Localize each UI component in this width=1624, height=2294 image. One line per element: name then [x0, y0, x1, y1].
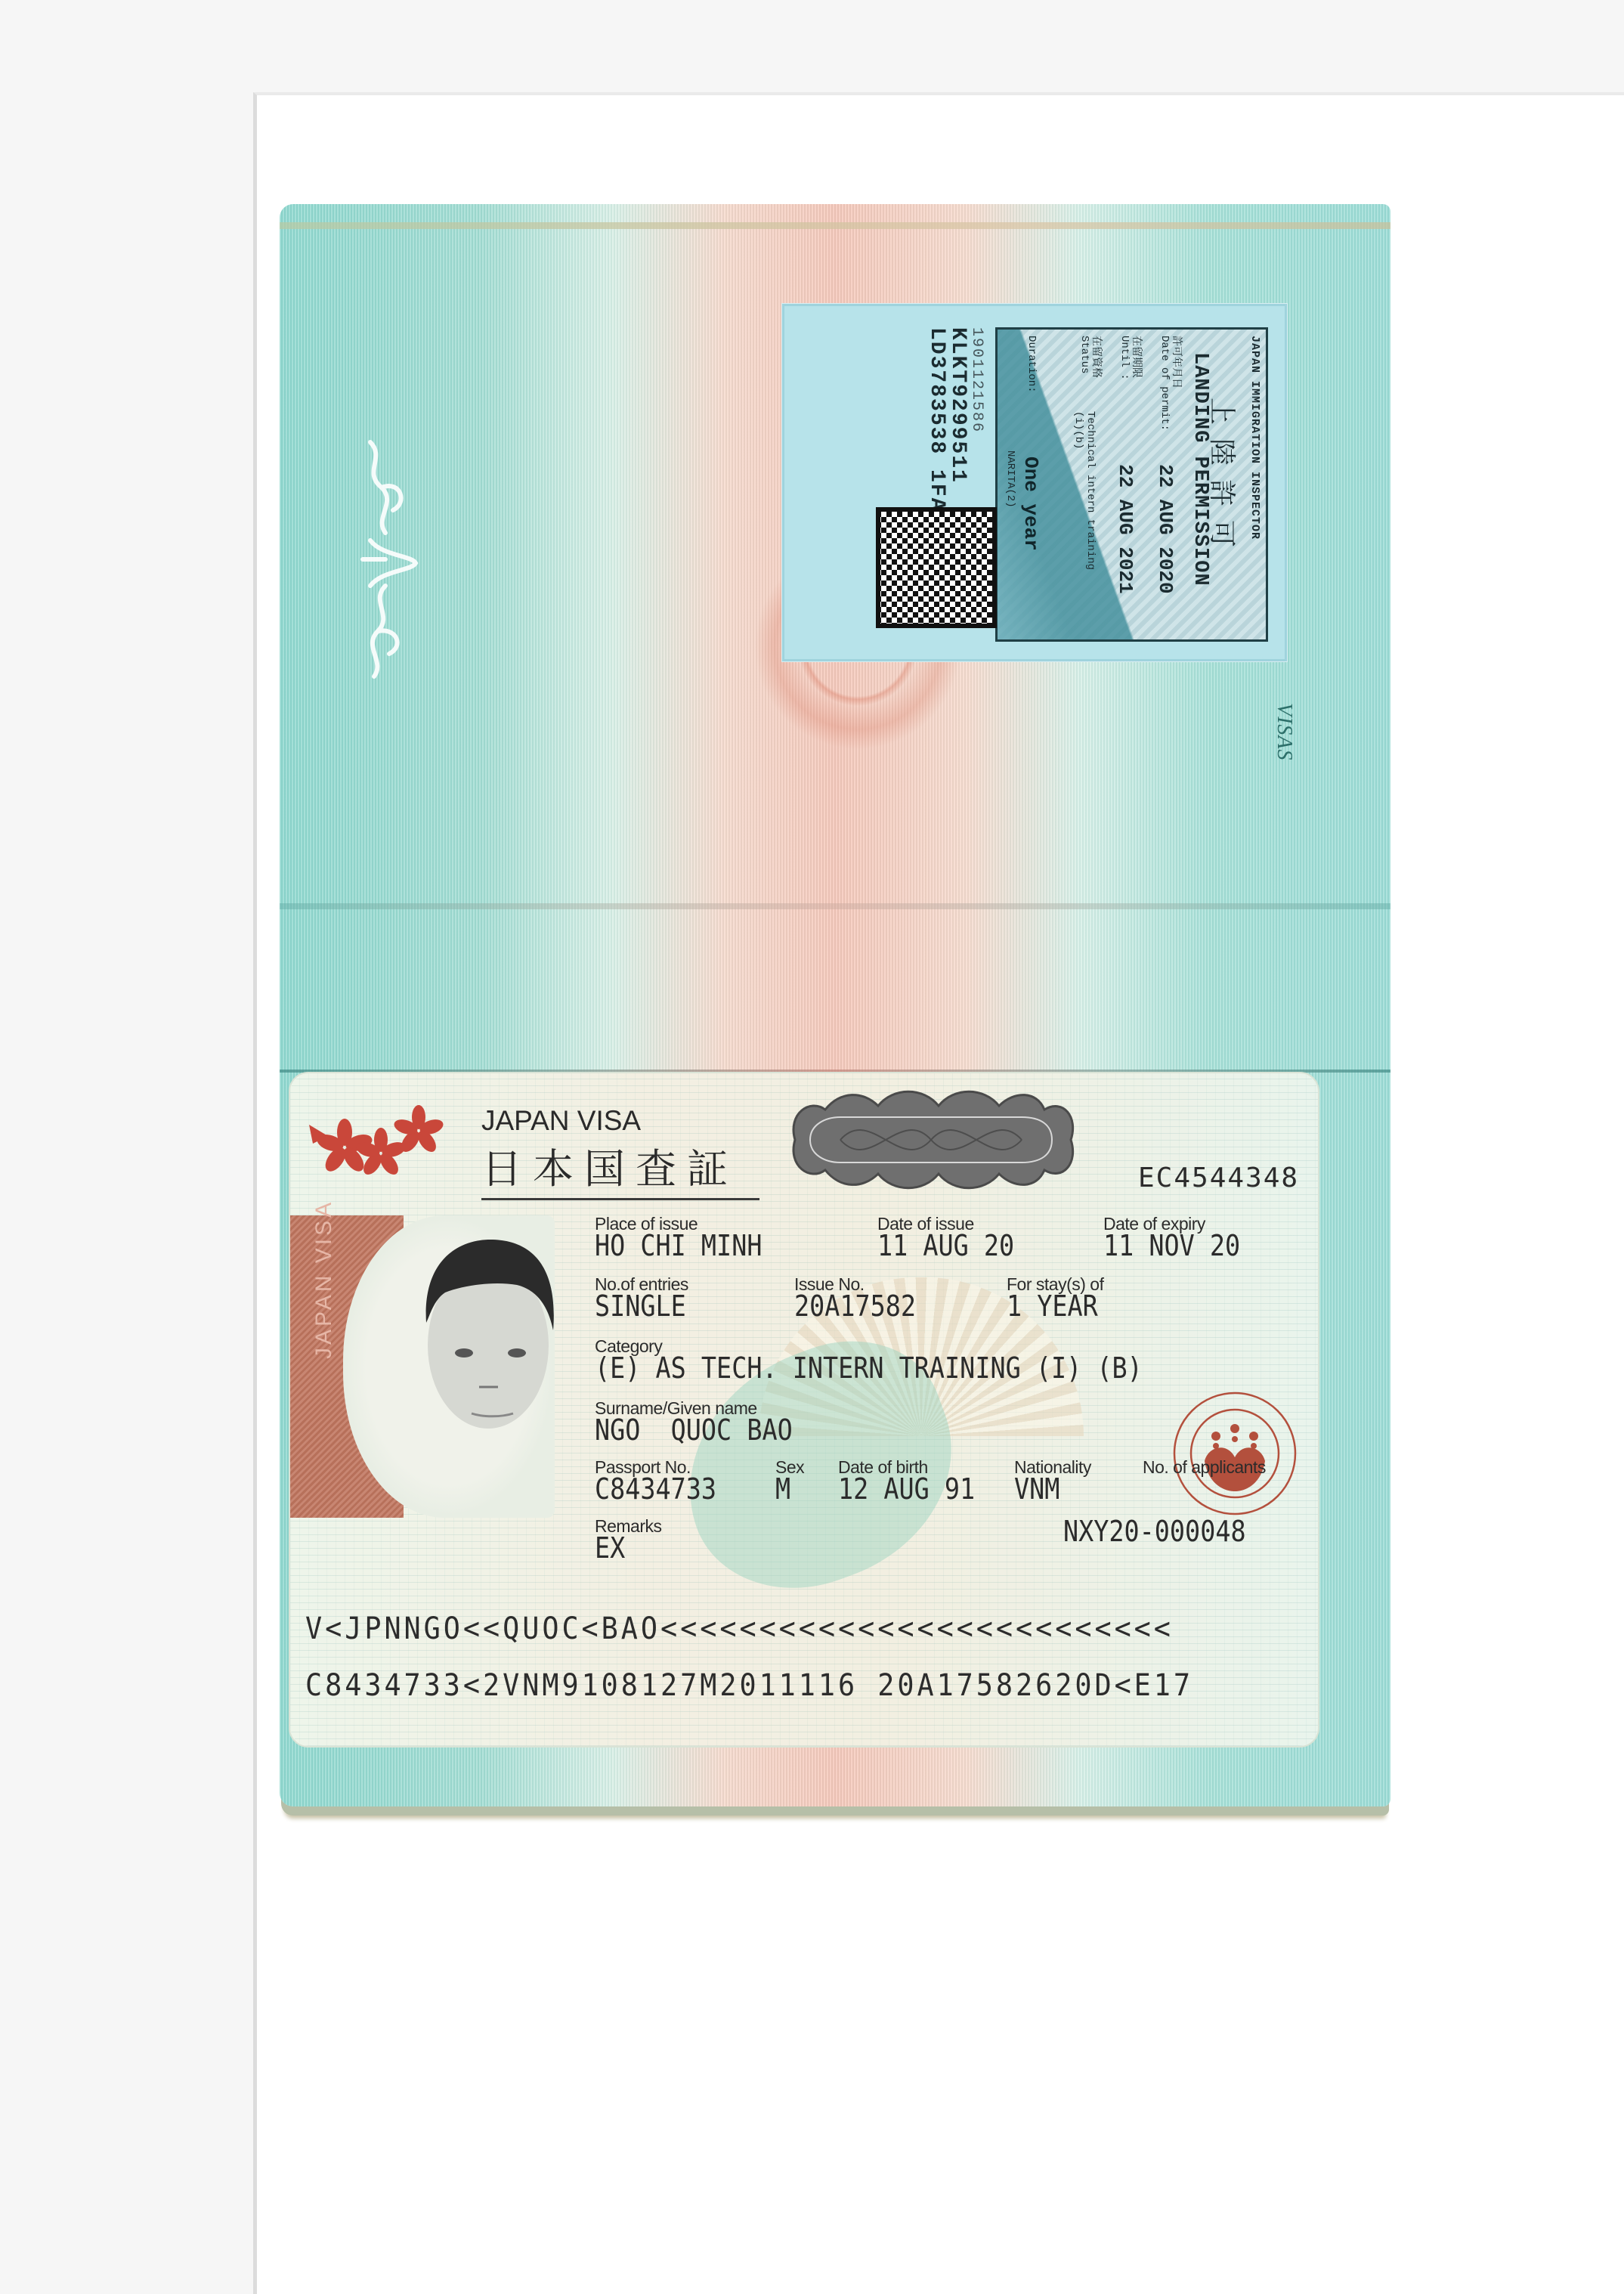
hologram-icon: [780, 1083, 1082, 1197]
field-date-of-birth: Date of birth 12 AUG 91: [838, 1459, 994, 1503]
field-applicants: No. of applicants: [1143, 1459, 1266, 1475]
field-place-of-issue: Place of issue HO CHI MINH: [595, 1215, 785, 1259]
field-sex: Sex M: [775, 1459, 804, 1503]
field-stay: For stay(s) of 1 YEAR: [1007, 1276, 1110, 1320]
stamp-duration: Duration: One year: [1025, 336, 1039, 393]
field-passport-no: Passport No. C8434733: [595, 1459, 733, 1503]
portrait-icon: [404, 1232, 555, 1459]
field-nationality: Nationality VNM: [1014, 1459, 1091, 1503]
stamp-code-1: KLKT9299511: [947, 327, 968, 512]
page-crease: [280, 903, 1390, 909]
stamp-until: 在留期限 Until : 22 AUG 2021: [1118, 336, 1141, 380]
stamp-serial: 1901121586: [968, 327, 985, 512]
field-remarks: Remarks EX: [595, 1518, 662, 1562]
visas-section-label: VISAS: [1272, 703, 1296, 761]
stamp-header: JAPAN IMMIGRATION INSPECTOR: [1248, 336, 1261, 633]
stamp-code-2: LD3783538 1FA: [926, 327, 947, 512]
mount-fuji-graphic: [998, 330, 1134, 639]
field-category: Category (E) AS TECH. INTERN TRAINING (I…: [595, 1338, 1217, 1382]
field-date-of-issue: Date of issue 11 AUG 20: [877, 1215, 1033, 1259]
field-entries: No.of entries SINGLE: [595, 1276, 698, 1320]
field-name: Surname/Given name NGO QUOC BAO: [595, 1400, 819, 1444]
visa-title: JAPAN VISA: [481, 1105, 641, 1137]
ministry-seal-icon: [1171, 1389, 1299, 1518]
lotus-emblem-icon: [340, 435, 423, 684]
page-top-stripe: [280, 222, 1390, 229]
photo-band-text: JAPAN VISA: [311, 1200, 337, 1359]
stamp-title: LANDING PERMISSION: [1189, 352, 1211, 587]
visa-number: EC4544348: [1138, 1162, 1299, 1193]
stamp-ids: 1901121586 KLKT9299511 LD3783538 1FA: [926, 327, 985, 512]
visa-sticker: JAPAN VISA 日本国査証 EC4544348 JAPAN VISA Pl…: [289, 1072, 1319, 1748]
stamp-status: 在留資格 Status Technical intern training (i…: [1078, 336, 1101, 378]
visa-title-jp: 日本国査証: [481, 1137, 759, 1200]
stamp-port: NARITA(2): [1004, 450, 1016, 508]
cherry-blossom-icon: [305, 1094, 449, 1185]
stamp-main-panel: JAPAN IMMIGRATION INSPECTOR 上陸許可 LANDING…: [995, 327, 1268, 642]
stamp-date-of-permit: 許可年月日 Date of permit: 22 AUG 2020: [1158, 336, 1181, 431]
field-date-of-expiry: Date of expiry 11 NOV 20: [1103, 1215, 1259, 1259]
qr-code-icon: [876, 507, 997, 628]
holder-photo: [343, 1215, 555, 1518]
field-reference-number: NXY20-000048: [1063, 1518, 1271, 1545]
mrz-line-2: C8434733<2VNM9108127M2011116 20A17582620…: [305, 1668, 1193, 1703]
field-issue-no: Issue No. 20A17582: [794, 1276, 933, 1320]
landing-permission-stamp: JAPAN IMMIGRATION INSPECTOR 上陸許可 LANDING…: [793, 306, 1285, 650]
mrz-line-1: V<JPNNGO<<QUOC<BAO<<<<<<<<<<<<<<<<<<<<<<…: [305, 1611, 1174, 1646]
